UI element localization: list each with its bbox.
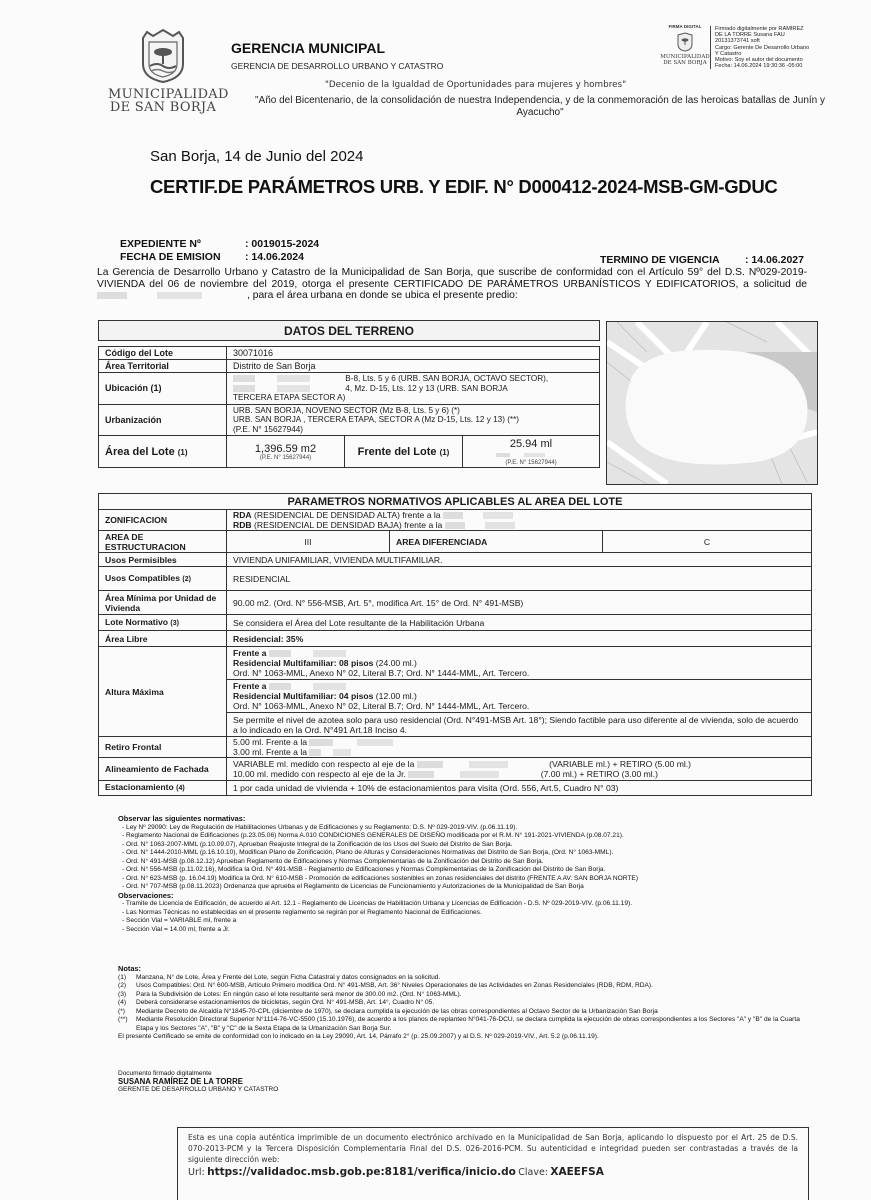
altura-ref-1: Ord. N° 1063-MML, Anexo N° 02, Literal B… (233, 668, 805, 678)
fecha-emision-label: FECHA DE EMISION (120, 251, 221, 263)
note-key: (4) (118, 999, 136, 1008)
note-item: (4)Deberá considerarse estacionamientos … (118, 999, 818, 1008)
note-text: Deberá considerarse estacionamientos de … (136, 999, 434, 1008)
list-item: - Las Normas Técnicas no establecidas en… (118, 909, 818, 918)
table-row: Retiro Frontal 5.00 ml. Frente a la 3.00… (99, 737, 812, 758)
urbanizacion-line-1: URB. SAN BORJA, NOVENO SECTOR (Mz B-8, L… (233, 406, 593, 416)
verification-key: XAEEFSA (550, 1166, 603, 1178)
redacted-address (233, 385, 343, 392)
alineamiento-value: VARIABLE ml. medido con respecto al eje … (227, 758, 812, 781)
normativas-list: - Ley Nº 29090: Ley de Regulación de Hab… (118, 824, 818, 892)
area-lote-label: Área del Lote (1) (99, 436, 227, 468)
crest-icon (137, 28, 189, 84)
diferenciada-label: AREA DIFERENCIADA (390, 531, 603, 553)
note-text: Mediante Resolución Directoral Superior … (136, 1016, 818, 1033)
note-key: (*) (118, 1008, 136, 1017)
table-row: Estacionamiento (4) 1 por cada unidad de… (99, 781, 812, 796)
notas-section: Notas: (1)Manzana, N° de Lote, Área y Fr… (118, 965, 818, 1042)
note-item: (2)Usos Compatibles: Ord. N° 600-MSB, Ar… (118, 982, 818, 991)
alineamiento-label: Alineamiento de Fachada (99, 758, 227, 781)
alineamiento-line-1b: (VARIABLE ml.) + RETIRO (5.00 ml.) (549, 759, 691, 769)
place-date: San Borja, 14 de Junio del 2024 (150, 148, 364, 165)
altura-uso-2: Residencial Multifamiliar: 04 pisos (233, 691, 373, 701)
datos-terreno-title: DATOS DEL TERRENO (99, 321, 600, 341)
note-item: (1)Manzana, N° de Lote, Área y Frente de… (118, 974, 818, 983)
parametros-table: PARAMETROS NORMATIVOS APLICABLES AL AREA… (98, 493, 812, 796)
redacted-applicant (97, 292, 247, 299)
area-lote-value-cell: 1,396.59 m2 (P.E. N° 15627944) (227, 436, 345, 468)
sig-line-7: Fecha: 14.06.2024 19:30:36 -05:00 (715, 63, 865, 69)
retiro-frontal-value: 5.00 ml. Frente a la 3.00 ml. Frente a l… (227, 737, 812, 758)
note-text: Mediante Decreto de Alcaldía N°1845-70-C… (136, 1008, 658, 1017)
fecha-emision-value: : 14.06.2024 (245, 251, 304, 263)
redacted-frente (496, 453, 566, 457)
estructuracion-value: III (227, 531, 390, 553)
location-map (606, 321, 818, 485)
rdb-text: (RESIDENCIAL DE DENSIDAD BAJA) frente a … (252, 520, 443, 530)
list-item: - Ord. N° 623-MSB (p. 16.04.19) Modifica… (118, 875, 818, 884)
municipality-logo: MUNICIPALIDAD DE SAN BORJA (108, 28, 218, 128)
zonificacion-value: RDA (RESIDENCIAL DE DENSIDAD ALTA) frent… (227, 510, 812, 531)
table-row: Área Libre Residencial: 35% (99, 631, 812, 647)
digital-signature-stamp: FIRMA DIGITAL MUNICIPALIDAD DE SAN BORJA… (660, 24, 865, 104)
ubicacion-value: B-8, Lts. 5 y 6 (URB. SAN BORJA, OCTAVO … (227, 373, 600, 405)
table-row: Usos Permisibles VIVIENDA UNIFAMILIAR, V… (99, 553, 812, 567)
lote-normativo-label: Lote Normativo (3) (99, 615, 227, 631)
signer-role: GERENTE DE DESARROLLO URBANO Y CATASTRO (118, 1086, 278, 1094)
redacted-street (445, 522, 545, 529)
redacted-street (309, 739, 429, 746)
intro-paragraph: La Gerencia de Desarrollo Urbano y Catas… (97, 267, 807, 302)
vigencia-label: TERMINO DE VIGENCIA (600, 254, 720, 266)
codigo-lote-label: Código del Lote (99, 347, 227, 360)
list-item: - Ley Nº 29090: Ley de Regulación de Hab… (118, 824, 818, 833)
certificate-title: CERTIF.DE PARÁMETROS URB. Y EDIF. N° D00… (150, 176, 777, 198)
ubicacion-line-1: B-8, Lts. 5 y 6 (URB. SAN BORJA, OCTAVO … (345, 374, 548, 383)
note-item: (*)Mediante Decreto de Alcaldía N°1845-7… (118, 1008, 818, 1017)
table-row: ZONIFICACION RDA (RESIDENCIAL DE DENSIDA… (99, 510, 812, 531)
rda-text: (RESIDENCIAL DE DENSIDAD ALTA) frente a … (252, 510, 441, 520)
ubicacion-label: Ubicación (1) (99, 373, 227, 405)
urbanizacion-value: URB. SAN BORJA, NOVENO SECTOR (Mz B-8, L… (227, 404, 600, 436)
normativas-section: Observar las siguientes normativas: - Le… (118, 815, 818, 934)
altura-frente-2: Frente a (233, 681, 266, 691)
frente-lote-value: 25.94 ml (469, 438, 593, 450)
table-row: Urbanización URB. SAN BORJA, NOVENO SECT… (99, 404, 600, 436)
gerencia-title: GERENCIA MUNICIPAL (231, 40, 385, 56)
altura-medida-1: (24.00 ml.) (373, 658, 416, 668)
table-row: Altura Máxima Frente a Residencial Multi… (99, 647, 812, 680)
redacted-street (443, 512, 543, 519)
urbanizacion-label: Urbanización (99, 404, 227, 436)
authenticity-footer: Esta es una copia auténtica imprimible d… (177, 1127, 809, 1200)
alineamiento-line-1a: VARIABLE ml. medido con respecto al eje … (233, 759, 414, 769)
signer-name: SUSANA RAMÍREZ DE LA TORRE (118, 1078, 278, 1086)
url-label: Url: (188, 1167, 205, 1178)
alineamiento-line-2b: (7.00 ml.) + RETIRO (3.00 ml.) (541, 769, 658, 779)
list-item: - Ord. N° 1444-2010-MML (p.16.10.10), Mo… (118, 849, 818, 858)
footer-text: Esta es una copia auténtica imprimible d… (188, 1132, 798, 1165)
usos-compatibles-label: Usos Compatibles (2) (99, 567, 227, 591)
stamp-label: FIRMA DIGITAL (660, 24, 710, 29)
redacted-street (269, 683, 379, 690)
alineamiento-line-2a: 10.00 ml. medido con respecto al eje de … (233, 769, 406, 779)
list-item: - Sección Vial = 14.00 ml, frente a Jr. (118, 926, 818, 935)
note-key: (3) (118, 991, 136, 1000)
vigencia-value: : 14.06.2027 (745, 254, 804, 266)
redacted-street (417, 761, 547, 768)
table-row: Área Territorial Distrito de San Borja (99, 360, 600, 373)
ubicacion-line-2: 4, Mz. D-15, Lts. 12 y 13 (URB. SAN BORJ… (345, 384, 507, 393)
datos-terreno-table: DATOS DEL TERRENO Código del Lote 300710… (98, 320, 600, 468)
notas-closing: El presente Certificado se emite de conf… (118, 1033, 818, 1042)
list-item: - Ord. N° 556-MSB (p.11.02.16), Modifica… (118, 866, 818, 875)
mini-crest-icon (676, 32, 694, 52)
note-item: (**)Mediante Resolución Directoral Super… (118, 1016, 818, 1033)
usos-permisibles-value: VIVIENDA UNIFAMILIAR, VIVIENDA MULTIFAMI… (227, 553, 812, 567)
table-row: Lote Normativo (3) Se considera el Área … (99, 615, 812, 631)
list-item: - Ord. N° 1063-2007-MML (p.10.09.07), Ap… (118, 841, 818, 850)
zonificacion-label: ZONIFICACION (99, 510, 227, 531)
area-libre-value: Residencial: 35% (227, 631, 812, 647)
intro-text-1: La Gerencia de Desarrollo Urbano y Catas… (97, 267, 807, 290)
altura-medida-2: (12.00 ml.) (373, 691, 416, 701)
gerencia-subtitle: GERENCIA DE DESARROLLO URBANO Y CATASTRO (231, 61, 443, 71)
area-minima-value: 90.00 m2. (Ord. N° 556-MSB, Art. 5°, mod… (227, 591, 812, 615)
redacted-street (408, 771, 538, 778)
expediente-value: : 0019015-2024 (245, 238, 319, 250)
codigo-lote-value: 30071016 (227, 347, 600, 360)
note-item: (3)Para la Subdivisión de Lotes: En ning… (118, 991, 818, 1000)
intro-text-2: , para el área urbana en donde se ubica … (247, 290, 518, 301)
area-territorial-value: Distrito de San Borja (227, 360, 600, 373)
note-key: (1) (118, 974, 136, 983)
notas-title: Notas: (118, 965, 818, 974)
altura-block-2: Frente a Residencial Multifamiliar: 04 p… (227, 680, 812, 713)
estacionamiento-label: Estacionamiento (4) (99, 781, 227, 796)
area-lote-value: 1,396.59 m2 (233, 443, 338, 455)
altura-frente-1: Frente a (233, 648, 266, 658)
list-item: - Reglamento Nacional de Edificaciones (… (118, 832, 818, 841)
list-item: - Ord. N° 491-MSB (p.08.12.12) Aprueban … (118, 858, 818, 867)
estructuracion-label: AREA DE ESTRUCTURACION (99, 531, 227, 553)
signer-block: Documento firmado digitalmente SUSANA RA… (118, 1070, 278, 1094)
list-item: - Ord. N° 707-MSB (p.08.11.2023) Ordenan… (118, 883, 818, 892)
table-row: Área Mínima por Unidad de Vivienda 90.00… (99, 591, 812, 615)
altura-uso-1: Residencial Multifamiliar: 08 pisos (233, 658, 373, 668)
expediente-label: EXPEDIENTE Nº (120, 238, 201, 250)
usos-permisibles-label: Usos Permisibles (99, 553, 227, 567)
note-text: Manzana, N° de Lote, Área y Frente del L… (136, 974, 440, 983)
observaciones-title: Observaciones: (118, 892, 818, 901)
logo-name-line2: DE SAN BORJA (108, 101, 218, 114)
notas-list: (1)Manzana, N° de Lote, Área y Frente de… (118, 974, 818, 1034)
redacted-address (233, 375, 343, 382)
frente-lote-value-cell: 25.94 ml (P.E. N° 15627944) (463, 436, 600, 468)
key-label: Clave: (518, 1167, 548, 1178)
frente-lote-label: Frente del Lote (1) (345, 436, 463, 468)
redacted-street (269, 650, 379, 657)
diferenciada-value: C (603, 531, 812, 553)
motto-decade: "Decenio de la Igualdad de Oportunidades… (0, 80, 871, 90)
list-item: - Sección Vial = VARIABLE ml, frente a (118, 917, 818, 926)
note-text: Para la Subdivisión de Lotes: En ningún … (136, 991, 462, 1000)
area-territorial-label: Área Territorial (99, 360, 227, 373)
certificate-page: MUNICIPALIDAD DE SAN BORJA GERENCIA MUNI… (0, 0, 871, 1200)
ubicacion-line-3: TERCERA ETAPA SECTOR A) (233, 393, 593, 403)
table-row: Código del Lote 30071016 (99, 347, 600, 360)
lote-normativo-value: Se considera el Área del Lote resultante… (227, 615, 812, 631)
note-text: Usos Compatibles: Ord. N° 600-MSB, Artíc… (136, 982, 653, 991)
table-row: Ubicación (1) B-8, Lts. 5 y 6 (URB. SAN … (99, 373, 600, 405)
parametros-title: PARAMETROS NORMATIVOS APLICABLES AL AREA… (99, 494, 812, 510)
altura-ref-2: Ord. N° 1063-MML, Anexo N° 02, Literal B… (233, 701, 805, 711)
frente-lote-ref: (P.E. N° 15627944) (469, 460, 593, 466)
note-key: (2) (118, 982, 136, 991)
retiro-frontal-label: Retiro Frontal (99, 737, 227, 758)
rda-code: RDA (233, 510, 252, 520)
note-key: (**) (118, 1016, 136, 1033)
redacted-street (309, 749, 369, 756)
table-row: AREA DE ESTRUCTURACION III AREA DIFERENC… (99, 531, 812, 553)
table-row: Alineamiento de Fachada VARIABLE ml. med… (99, 758, 812, 781)
normativas-title: Observar las siguientes normativas: (118, 815, 818, 824)
altura-maxima-label: Altura Máxima (99, 647, 227, 737)
table-row: Usos Compatibles (2) RESIDENCIAL (99, 567, 812, 591)
estacionamiento-value: 1 por cada unidad de vivienda + 10% de e… (227, 781, 812, 796)
signature-logo: FIRMA DIGITAL MUNICIPALIDAD DE SAN BORJA (660, 24, 710, 66)
altura-block-1: Frente a Residencial Multifamiliar: 08 p… (227, 647, 812, 680)
area-libre-label: Área Libre (99, 631, 227, 647)
list-item: - Tramite de Licencia de Edificación, de… (118, 900, 818, 909)
urbanizacion-line-2: URB. SAN BORJA , TERCERA ETAPA, SECTOR A… (233, 415, 593, 425)
stamp-org-line2: DE SAN BORJA (660, 60, 710, 66)
observaciones-list: - Tramite de Licencia de Edificación, de… (118, 900, 818, 934)
rdb-code: RDB (233, 520, 252, 530)
motto-year: "Año del Bicentenario, de la consolidaci… (240, 95, 840, 119)
usos-compatibles-value: RESIDENCIAL (227, 567, 812, 591)
retiro-line-2: 3.00 ml. Frente a la (233, 747, 307, 757)
table-row: Área del Lote (1) 1,396.59 m2 (P.E. N° 1… (99, 436, 600, 468)
area-minima-label: Área Mínima por Unidad de Vivienda (99, 591, 227, 615)
signature-details: Firmado digitalmente por RAMIREZ DE LA T… (710, 26, 865, 69)
urbanizacion-line-3: (P.E. N° 15627944) (233, 425, 593, 435)
area-lote-ref: (P.E. N° 15627944) (233, 455, 338, 461)
retiro-line-1: 5.00 ml. Frente a la (233, 737, 307, 747)
verification-url-link[interactable]: https://validadoc.msb.gob.pe:8181/verifi… (207, 1166, 516, 1178)
altura-azotea: Se permite el nivel de azotea solo para … (227, 713, 812, 737)
